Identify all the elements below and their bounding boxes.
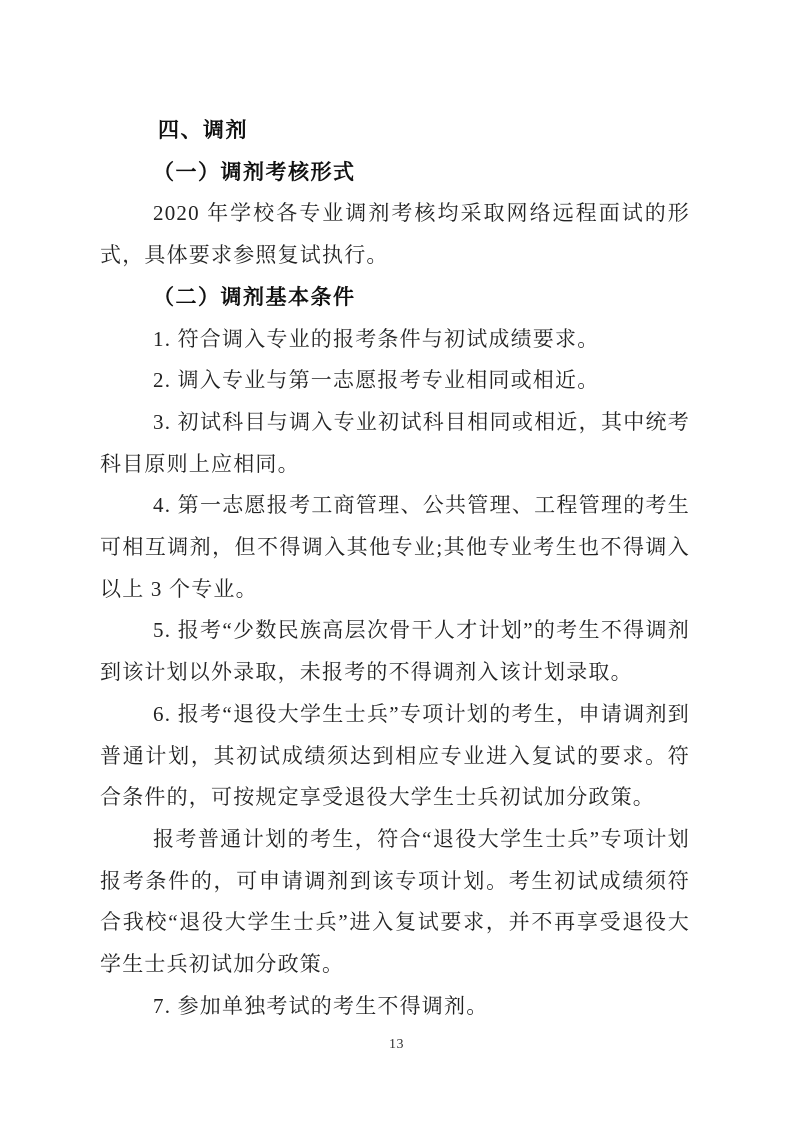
document-content: 四、调剂 （一）调剂考核形式 2020 年学校各专业调剂考核均采取网络远程面试的… [100, 110, 690, 1027]
subsection-1-heading: （一）调剂考核形式 [100, 152, 690, 194]
subsection-2-item-1: 1. 符合调入专业的报考条件与初试成绩要求。 [100, 319, 690, 361]
subsection-2-item-6: 6. 报考“退役大学生士兵”专项计划的考生，申请调剂到普通计划，其初试成绩须达到… [100, 694, 690, 819]
subsection-1-paragraph-1: 2020 年学校各专业调剂考核均采取网络远程面试的形式，具体要求参照复试执行。 [100, 193, 690, 276]
subsection-2-heading: （二）调剂基本条件 [100, 277, 690, 319]
subsection-2-item-3: 3. 初试科目与调入专业初试科目相同或相近，其中统考科目原则上应相同。 [100, 402, 690, 485]
document-page: 四、调剂 （一）调剂考核形式 2020 年学校各专业调剂考核均采取网络远程面试的… [0, 0, 793, 1122]
subsection-2-item-7: 7. 参加单独考试的考生不得调剂。 [100, 986, 690, 1028]
subsection-2-item-2: 2. 调入专业与第一志愿报考专业相同或相近。 [100, 360, 690, 402]
section-heading: 四、调剂 [100, 110, 690, 152]
subsection-2-item-6-continuation: 报考普通计划的考生，符合“退役大学生士兵”专项计划报考条件的，可申请调剂到该专项… [100, 819, 690, 986]
subsection-2-item-4: 4. 第一志愿报考工商管理、公共管理、工程管理的考生可相互调剂，但不得调入其他专… [100, 485, 690, 610]
subsection-2-item-5: 5. 报考“少数民族高层次骨干人才计划”的考生不得调剂到该计划以外录取，未报考的… [100, 610, 690, 693]
page-number: 13 [0, 1037, 793, 1053]
